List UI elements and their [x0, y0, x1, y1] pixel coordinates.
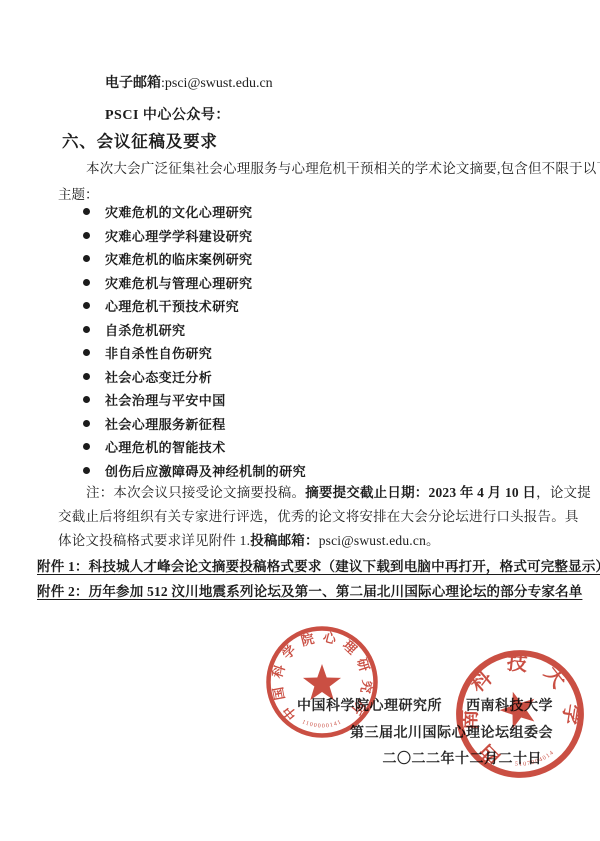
note-line-2: 交截止后将组织有关专家进行评选，优秀的论文将安排在大会分论坛进行口头报告。具 — [58, 505, 591, 529]
topic-item: 灾难心理学学科建设研究 — [83, 224, 306, 248]
topic-label: 自杀危机研究 — [105, 320, 185, 339]
psci-account-label: PSCI 中心公众号： — [105, 104, 230, 124]
note-line-3: 体论文投稿格式要求详见附件 1.投稿邮箱：psci@swust.edu.cn。 — [58, 529, 591, 553]
topic-label: 社会治理与平安中国 — [105, 390, 226, 409]
bullet-icon — [83, 232, 90, 239]
topic-label: 心理危机干预技术研究 — [105, 296, 239, 315]
org-swust: 西南科技大学 — [466, 699, 553, 714]
topic-label: 灾难危机的文化心理研究 — [105, 202, 252, 221]
bullet-icon — [83, 326, 90, 333]
topic-label: 社会心态变迁分析 — [105, 367, 212, 386]
bullet-icon — [83, 467, 90, 474]
note-paragraph: 注：本次会议只接受论文摘要投稿。摘要提交截止日期：2023 年 4 月 10 日… — [58, 481, 591, 552]
section-heading: 六、会议征稿及要求 — [62, 128, 218, 152]
signature-orgs: 中国科学院心理研究所西南科技大学 — [297, 694, 553, 721]
bullet-icon — [83, 349, 90, 356]
topic-item: 社会心态变迁分析 — [83, 365, 306, 389]
topic-label: 社会心理服务新征程 — [105, 414, 226, 433]
bullet-icon — [83, 373, 90, 380]
submission-email-value: psci@swust.edu.cn。 — [319, 533, 440, 548]
topic-label: 创伤后应激障碍及神经机制的研究 — [105, 461, 306, 480]
note-text: 注：本次会议只接受论文摘要投稿。 — [86, 485, 305, 500]
signature-committee: 第三届北川国际心理论坛组委会 — [297, 721, 553, 748]
note-text: ，论文提 — [536, 485, 591, 500]
topic-label: 心理危机的智能技术 — [105, 437, 226, 456]
email-label: 电子邮箱 — [105, 76, 161, 91]
note-line-1: 注：本次会议只接受论文摘要投稿。摘要提交截止日期：2023 年 4 月 10 日… — [58, 481, 591, 505]
topic-item: 自杀危机研究 — [83, 318, 306, 342]
intro-line-1: 本次大会广泛征集社会心理服务与心理危机干预相关的学术论文摘要,包含但不限于以下 — [58, 156, 600, 182]
document-page: 电子邮箱:psci@swust.edu.cn PSCI 中心公众号： 六、会议征… — [0, 0, 600, 841]
bullet-icon — [83, 443, 90, 450]
topic-item: 灾难危机的文化心理研究 — [83, 200, 306, 224]
attachments-block: 附件 1：科技城人才峰会论文摘要投稿格式要求（建议下载到电脑中再打开，格式可完整… — [37, 555, 600, 604]
bullet-icon — [83, 255, 90, 262]
signature-block: 中国科学院心理研究所西南科技大学 第三届北川国际心理论坛组委会 二〇二二年十二月… — [297, 694, 553, 774]
bullet-icon — [83, 208, 90, 215]
topics-list: 灾难危机的文化心理研究 灾难心理学学科建设研究 灾难危机的临床案例研究 灾难危机… — [83, 200, 306, 482]
deadline-text: 摘要提交截止日期：2023 年 4 月 10 日 — [305, 485, 536, 500]
bullet-icon — [83, 279, 90, 286]
bullet-icon — [83, 396, 90, 403]
topic-item: 创伤后应激障碍及神经机制的研究 — [83, 459, 306, 483]
signature-date: 二〇二二年十二月二十日 — [297, 747, 553, 774]
topic-label: 灾难心理学学科建设研究 — [105, 226, 252, 245]
bullet-icon — [83, 420, 90, 427]
org-cas-psych: 中国科学院心理研究所 — [297, 699, 442, 714]
bullet-icon — [83, 302, 90, 309]
attachment-1: 附件 1：科技城人才峰会论文摘要投稿格式要求（建议下载到电脑中再打开，格式可完整… — [37, 555, 600, 580]
email-line: 电子邮箱:psci@swust.edu.cn — [105, 72, 273, 92]
topic-item: 心理危机干预技术研究 — [83, 294, 306, 318]
topic-item: 社会心理服务新征程 — [83, 412, 306, 436]
topic-label: 非自杀性自伤研究 — [105, 343, 212, 362]
topic-item: 灾难危机的临床案例研究 — [83, 247, 306, 271]
topic-label: 灾难危机的临床案例研究 — [105, 249, 252, 268]
topic-item: 非自杀性自伤研究 — [83, 341, 306, 365]
note-text: 体论文投稿格式要求详见附件 1. — [58, 533, 250, 548]
attachment-2: 附件 2：历年参加 512 汶川地震系列论坛及第一、第二届北川国际心理论坛的部分… — [37, 580, 600, 605]
email-value: :psci@swust.edu.cn — [161, 76, 273, 91]
topic-label: 灾难危机与管理心理研究 — [105, 273, 252, 292]
topic-item: 灾难危机与管理心理研究 — [83, 271, 306, 295]
topic-item: 社会治理与平安中国 — [83, 388, 306, 412]
topic-item: 心理危机的智能技术 — [83, 435, 306, 459]
submission-email-label: 投稿邮箱： — [250, 533, 319, 548]
